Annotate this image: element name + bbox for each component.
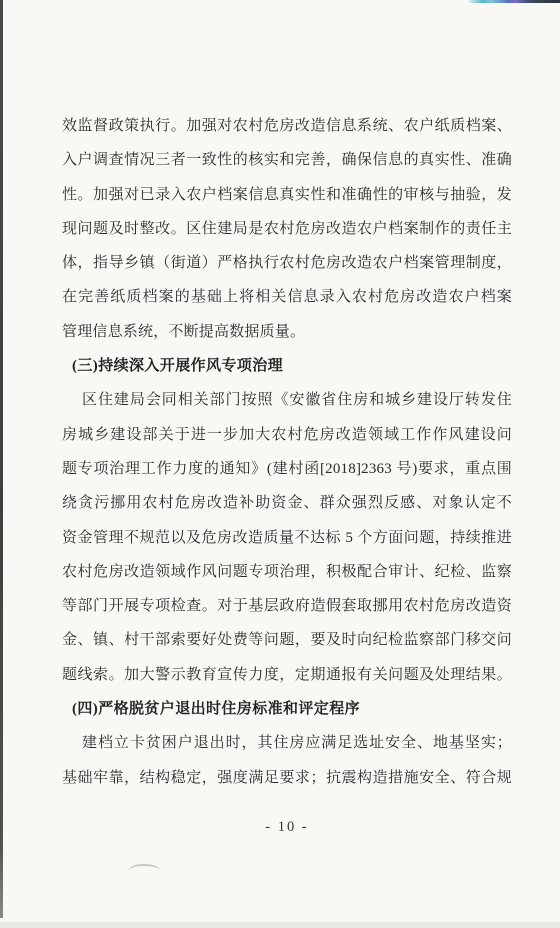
text-line: 体，指导乡镇（街道）严格执行农村危房改造农户档案管理制度， (62, 246, 512, 280)
text-line: 题专项治理工作力度的通知》(建村函[2018]2363 号)要求，重点围 (62, 452, 512, 486)
text-line: 在完善纸质档案的基础上将相关信息录入农村危房改造农户档案 (62, 280, 512, 314)
text-line: 农村危房改造领域作风问题专项治理，积极配合审计、纪检、监察 (62, 555, 512, 589)
scanned-page: 效监督政策执行。加强对农村危房改造信息系统、农户纸质档案、 入户调查情况三者一致… (0, 0, 560, 928)
scan-bottom-edge (0, 922, 560, 928)
text-line: 效监督政策执行。加强对农村危房改造信息系统、农户纸质档案、 (62, 109, 512, 143)
text-line: 基础牢靠，结构稳定，强度满足要求；抗震构造措施安全、符合规 (62, 761, 512, 795)
text-line: 性。加强对已录入农户档案信息真实性和准确性的审核与抽验，发 (62, 178, 512, 212)
text-line: 金、镇、村干部索要好处费等问题，要及时向纪检监察部门移交问 (62, 623, 512, 657)
section-heading-3: (三)持续深入开展作风专项治理 (62, 349, 512, 383)
text-line-paragraph-start: 建档立卡贫困户退出时，其住房应满足选址安全、地基坚实； (62, 726, 512, 760)
text-line: 资金管理不规范以及危房改造质量不达标 5 个方面问题，持续推进 (62, 521, 512, 555)
text-line-paragraph-end: 管理信息系统，不断提高数据质量。 (62, 315, 512, 349)
scan-mark-squiggle (128, 863, 160, 874)
text-line: 绕贪污挪用农村危房改造补助资金、群众强烈反感、对象认定不准、 (62, 486, 512, 520)
scan-left-edge-shadow (0, 0, 3, 918)
text-line: 题线索。加大警示教育宣传力度，定期通报有关问题及处理结果。 (62, 658, 512, 692)
text-line: 入户调查情况三者一致性的核实和完善，确保信息的真实性、准确 (62, 143, 512, 177)
text-line: 房城乡建设部关于进一步加大农村危房改造领域工作作风建设问 (62, 418, 512, 452)
section-heading-4: (四)严格脱贫户退出时住房标准和评定程序 (62, 692, 512, 726)
text-line: 等部门开展专项检查。对于基层政府造假套取挪用农村危房改造资 (62, 589, 512, 623)
text-line-paragraph-start: 区住建局会同相关部门按照《安徽省住房和城乡建设厅转发住 (62, 383, 512, 417)
document-body: 效监督政策执行。加强对农村危房改造信息系统、农户纸质档案、 入户调查情况三者一致… (62, 109, 512, 836)
text-line: 现问题及时整改。区住建局是农村危房改造农户档案制作的责任主 (62, 212, 512, 246)
page-number: - 10 - (62, 819, 512, 836)
scan-color-artifact-strip (468, 0, 560, 3)
